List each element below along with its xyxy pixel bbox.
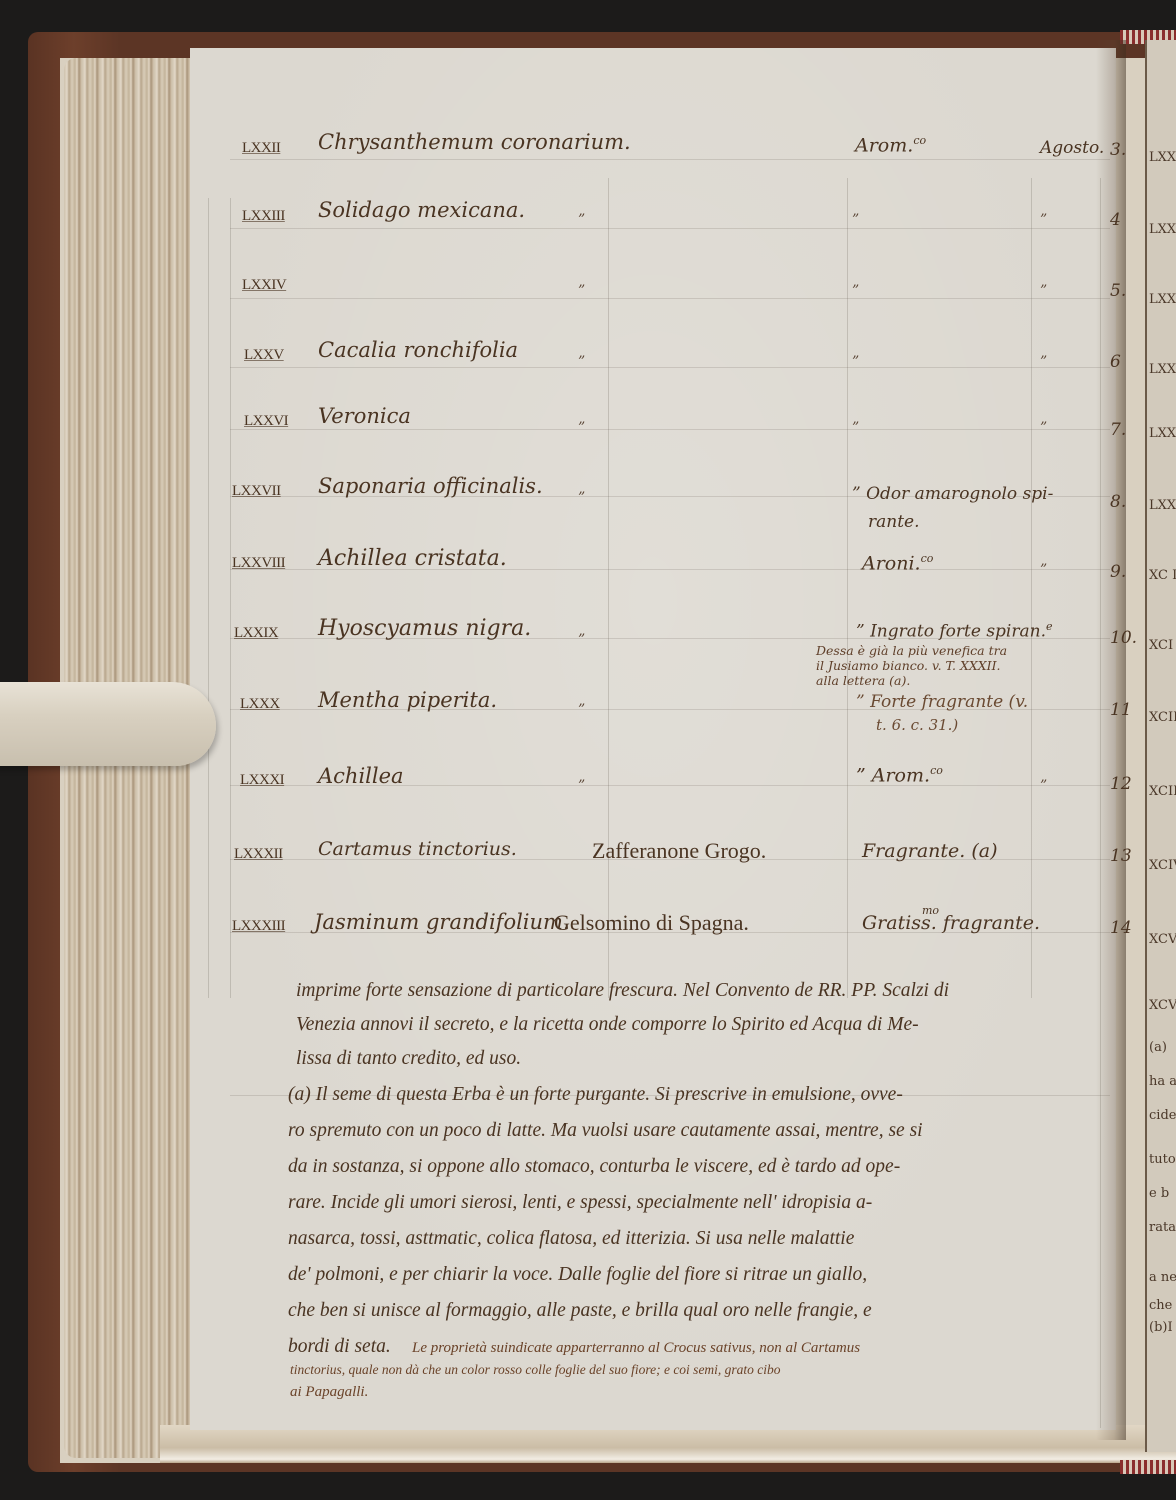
entry-number: 3. (1110, 140, 1126, 160)
entry-scent-text: Aroni. (862, 552, 921, 574)
entry-scent-text: ” Ingrato forte spiran. (856, 622, 1046, 642)
entry-number: 4 (1110, 210, 1121, 230)
entry-number: 5. (1110, 281, 1126, 301)
entry-latin-name: Cartamus tinctorius. (318, 838, 517, 860)
ditto-mark: ” (852, 354, 859, 370)
entry-latin-name: Cacalia ronchifolia (318, 338, 518, 362)
entry-numeral: LXXVI (244, 413, 288, 430)
ditto-mark: ” (1040, 778, 1047, 794)
bookmark-weight[interactable] (0, 682, 216, 766)
entry-scent: ” Arom.co (856, 764, 943, 786)
ditto-mark: ” (578, 778, 585, 794)
entry-latin-name: Veronica (318, 404, 411, 428)
ruling-line (608, 178, 609, 998)
body-line: rare. Incide gli umori sierosi, lenti, e… (288, 1192, 1118, 1214)
entry-number: 9. (1110, 562, 1126, 582)
entry-number: 13 (1110, 846, 1132, 866)
entry-numeral: LXXXI (240, 772, 284, 789)
ditto-mark: ” (578, 212, 585, 228)
entry-number: 8. (1110, 492, 1126, 512)
entry-latin-name: Achillea cristata. (318, 546, 507, 571)
facing-numeral: XCI C (1149, 638, 1176, 653)
ditto-mark: ” (1040, 420, 1047, 436)
facing-numeral: LXXXVI (1149, 222, 1176, 237)
entry-scent: ” Ingrato forte spiran.e (856, 620, 1053, 642)
entry-number: 14 (1110, 918, 1132, 938)
entry-scent: ” Forte fragrante (v. (856, 692, 1028, 712)
entry-latin-name: Mentha piperita. (318, 688, 497, 712)
ruling-line (230, 228, 1110, 229)
facing-numeral: XCII G (1149, 710, 1176, 725)
entry-italian-name: Gelsomino di Spagna. (554, 910, 749, 936)
entry-number: 7. (1110, 420, 1126, 440)
addendum-line: ai Papagalli. (290, 1384, 1120, 1401)
ditto-mark: ” (1040, 283, 1047, 299)
ditto-mark: ” (852, 212, 859, 228)
body-line: (a) Il seme di questa Erba è un forte pu… (288, 1084, 1118, 1106)
facing-numeral: XCVI A (1149, 998, 1176, 1013)
facing-numeral: LXXXV (1149, 150, 1176, 165)
ruling-line (230, 159, 1110, 160)
facing-numeral: LXXXX C (1149, 498, 1176, 513)
facing-numeral: LXXXIX (1149, 426, 1176, 441)
facing-fragment: (a) (1149, 1040, 1167, 1055)
ruling-line (847, 178, 848, 998)
facing-fragment: cider (1149, 1108, 1176, 1123)
addendum-line: tinctorius, quale non dà che un color ro… (290, 1362, 1120, 1378)
ditto-mark: ” (1040, 354, 1047, 370)
entry-scent: Fragrante. (a) (862, 840, 998, 862)
entry-scent-text: ” Arom. (856, 764, 930, 786)
ruling-line (230, 198, 231, 998)
entry-scent-sup: e (1046, 620, 1053, 633)
entry-scent-text: Arom. (855, 134, 913, 156)
ditto-mark: ” (1040, 212, 1047, 228)
entry-month: Agosto. (1040, 138, 1104, 158)
headband-bottom (1120, 1460, 1176, 1474)
entry-numeral: LXXV (244, 347, 284, 364)
entry-scent: Aroni.co (862, 552, 933, 574)
ditto-mark: ” (578, 420, 585, 436)
facing-fragment: e b (1149, 1186, 1169, 1201)
ruling-line (230, 429, 1110, 430)
entry-numeral: LXXXIII (232, 918, 285, 935)
facing-numeral: LXXXVII (1149, 292, 1176, 307)
entry-number: 12 (1110, 774, 1132, 794)
entry-latin-name: Jasminum grandifolium. (314, 910, 570, 934)
entry-scent-sup: co (930, 764, 943, 777)
facing-numeral: XCIV D (1149, 858, 1176, 873)
facing-fragment: (b)I (1149, 1320, 1173, 1335)
body-line: da in sostanza, si oppone allo stomaco, … (288, 1156, 1118, 1178)
ditto-mark: ” (852, 420, 859, 436)
ditto-mark: ” (852, 283, 859, 299)
facing-fragment: ha a (1149, 1074, 1176, 1089)
entry-scent: Arom.co (855, 134, 926, 156)
entry-scent-continuation: rante. (868, 512, 920, 532)
entry-latin-name: Saponaria officinalis. (318, 474, 543, 498)
entry-latin-name: Achillea (318, 764, 404, 788)
facing-numeral: LXXXVIII (1149, 362, 1176, 377)
ditto-mark: ” (578, 354, 585, 370)
entry-numeral: LXXX (240, 696, 280, 713)
body-line: che ben si unisce al formaggio, alle pas… (288, 1300, 1118, 1322)
entry-numeral: LXXII (242, 140, 280, 157)
ruling-line (230, 298, 1110, 299)
body-line: lissa di tanto credito, ed uso. (296, 1048, 1126, 1070)
facing-fragment: a nee (1149, 1270, 1176, 1285)
entry-scent-sup: co (921, 552, 934, 565)
entry-scent: Gratiss. fragrante. (862, 912, 1040, 934)
entry-scent-sup: co (913, 134, 926, 147)
entry-numeral: LXXXII (234, 846, 283, 863)
entry-number: 10. (1110, 628, 1137, 648)
entry-numeral: LXXVIII (232, 555, 285, 572)
entry-latin-name: Chrysanthemum coronarium. (318, 130, 631, 154)
entry-number: 11 (1110, 700, 1132, 720)
ditto-mark: ” (1040, 562, 1047, 578)
entry-numeral: LXXIII (242, 208, 285, 225)
entry-scent: ” Odor amarognolo spi- (852, 484, 1053, 504)
marginal-note: Dessa è già la più venefica tra il Jusia… (816, 643, 1007, 688)
ditto-mark: ” (578, 283, 585, 299)
ruling-line (208, 198, 209, 998)
entry-scent-continuation: t. 6. c. 31.) (876, 716, 958, 734)
ditto-mark: ” (578, 702, 585, 718)
page-bottom-edge (160, 1425, 1176, 1463)
manuscript-page (190, 48, 1116, 1430)
ditto-mark: ” (578, 632, 585, 648)
entry-latin-name: Hyoscyamus nigra. (318, 616, 531, 641)
facing-fragment: tuto (1149, 1152, 1176, 1167)
body-line: imprime forte sensazione di particolare … (296, 980, 1126, 1002)
facing-page-edge: LXXXV LXXXVI LXXXVII LXXXVIII LXXXIX LXX… (1145, 40, 1176, 1452)
facing-numeral: XCIII I (1149, 784, 1176, 799)
entry-scent-sup: mo (922, 904, 939, 917)
facing-numeral: XCV S (1149, 932, 1176, 947)
entry-scent-text: Gratiss. fragrante. (862, 912, 1040, 934)
facing-fragment: che (1149, 1298, 1172, 1313)
body-line: de' polmoni, e per chiarir la voce. Dall… (288, 1264, 1118, 1286)
entry-numeral: LXXVII (232, 483, 281, 500)
facing-numeral: XC I (1149, 568, 1176, 583)
entry-latin-name: Solidago mexicana. (318, 198, 525, 222)
ruling-line (1031, 178, 1032, 998)
ditto-mark: ” (578, 490, 585, 506)
entry-number: 6 (1110, 352, 1121, 372)
entry-numeral: LXXIX (234, 625, 278, 642)
entry-italian-name: Zafferanone Grogo. (592, 838, 766, 864)
addendum-line: Le proprietà suindicate apparterranno al… (412, 1340, 1176, 1357)
facing-fragment: rata (1149, 1220, 1176, 1235)
ruling-line (230, 367, 1110, 368)
body-line: nasarca, tossi, asttmatic, colica flatos… (288, 1228, 1118, 1250)
entry-numeral: LXXIV (242, 277, 286, 294)
body-line: Venezia annovi il secreto, e la ricetta … (296, 1014, 1126, 1036)
body-line: ro spremuto con un poco di latte. Ma vuo… (288, 1120, 1118, 1142)
